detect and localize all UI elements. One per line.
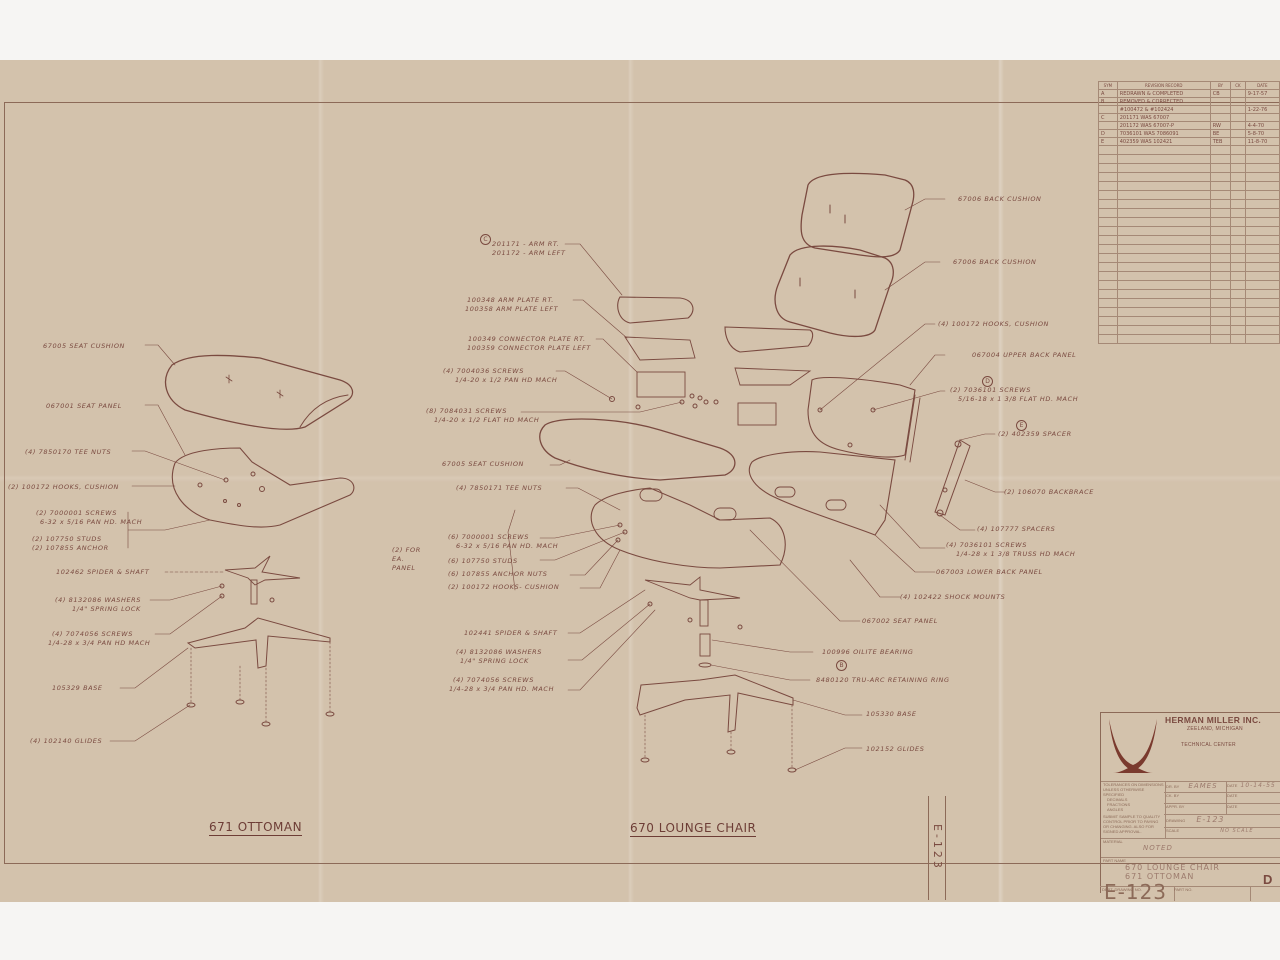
callout-shock-mounts: (4) 102422 SHOCK MOUNTS — [900, 593, 1005, 602]
checked-by-cell: CK. BY — [1164, 792, 1227, 803]
callout-ottoman-glides: (4) 102140 GLIDES — [30, 737, 102, 746]
callout-chair-tee-nuts: (4) 7850171 TEE NUTS — [456, 484, 542, 493]
rev-text: 7036101 WAS 7086091 — [1117, 130, 1210, 138]
rev-row: C201171 WAS 67007 — [1099, 114, 1280, 122]
rev-ck — [1231, 122, 1246, 130]
rev-date: 1-22-76 — [1245, 106, 1279, 114]
revision-table: SYM REVISION RECORD BY CK DATE AREDRAWN … — [1098, 81, 1280, 344]
callout-spacers: (4) 107777 SPACERS — [977, 525, 1055, 534]
drawn-by-value: EAMES — [1188, 782, 1217, 790]
submit-note: SUBMIT SAMPLE TO QUALITY CONTROL PRIOR T… — [1103, 814, 1165, 834]
rev-sym: E — [1099, 138, 1118, 146]
chair-view-title: 670 LOUNGE CHAIR — [630, 821, 756, 837]
department: TECHNICAL CENTER — [1181, 742, 1236, 748]
callout-ottoman-tee-nuts: (4) 7850170 TEE NUTS — [25, 448, 111, 457]
callout-ottoman-studs: (2) 107750 STUDS — [32, 535, 102, 544]
rev-date: 4-4-70 — [1245, 122, 1279, 130]
rev-row: AREDRAWN & COMPLETEDCB9-17-57 — [1099, 90, 1280, 98]
rev-sym — [1099, 122, 1118, 130]
drawing-cell: DRAWING E-123 — [1164, 814, 1280, 827]
rev-ck — [1231, 98, 1246, 106]
rev-by: BE — [1210, 130, 1230, 138]
rev-date — [1245, 98, 1279, 106]
callout-chair-studs: (6) 107750 STUDS — [448, 557, 518, 566]
sheet-size-letter: D — [1263, 872, 1272, 887]
rev-text: REMOVED & CORRECTED — [1117, 98, 1210, 106]
rev-sym: C — [1099, 114, 1118, 122]
rev-by: RW — [1210, 122, 1230, 130]
rev-header-sym: SYM — [1099, 82, 1118, 90]
callout-chair-screws-spec: 6-32 x 5/16 PAN HD. MACH — [456, 542, 558, 551]
callout-chair-washers-spec: 1/4" SPRING LOCK — [460, 657, 529, 666]
rev-by — [1210, 114, 1230, 122]
callout-back-hooks: (4) 100172 HOOKS, CUSHION — [938, 320, 1049, 329]
scale-label: SCALE — [1166, 828, 1179, 833]
drawn-by-label: DR. BY — [1166, 784, 1179, 789]
company-name: HERMAN MILLER INC. — [1165, 715, 1261, 725]
callout-back-screws: (2) 7036101 SCREWS — [950, 386, 1031, 395]
callout-chair-base-screws: (4) 7074056 SCREWS — [453, 676, 534, 685]
callout-back-cushion-lower: 67006 BACK CUSHION — [953, 258, 1037, 267]
date3-cell: DATE — [1225, 803, 1280, 814]
callout-ottoman-washers-spec: 1/4" SPRING LOCK — [72, 605, 141, 614]
callout-ottoman-base-screws: (4) 7074056 SCREWS — [52, 630, 133, 639]
callout-truss-screws: (4) 7036101 SCREWS — [946, 541, 1027, 550]
rev-ck — [1231, 130, 1246, 138]
callout-ottoman-screws: (2) 7000001 SCREWS — [36, 509, 117, 518]
rev-row: BREMOVED & CORRECTED — [1099, 98, 1280, 106]
material-value: NOTED — [1103, 844, 1280, 852]
callout-oilite-bearing: 100996 OILITE BEARING — [822, 648, 914, 657]
callout-truss-screws-spec: 1/4-28 x 1 3/8 TRUSS HD MACH — [956, 550, 1075, 559]
vertical-drawing-number: E-123 — [928, 796, 946, 900]
rev-row: #100472 & #1024241-22-76 — [1099, 106, 1280, 114]
callout-chair-spider-shaft: 102441 SPIDER & SHAFT — [464, 629, 557, 638]
date-value: 10-14-55 — [1241, 782, 1276, 789]
exploded-view-drawing — [0, 60, 1280, 902]
callout-ottoman-screws-spec: 6-32 x 5/16 PAN HD. MACH — [40, 518, 142, 527]
rev-date: 5-8-70 — [1245, 130, 1279, 138]
date2-cell: DATE — [1225, 792, 1280, 803]
rev-sym: A — [1099, 90, 1118, 98]
callout-arm-plate-rt: 100348 ARM PLATE RT. — [467, 296, 554, 305]
callout-flat-screws-spec: 1/4-20 x 1/2 FLAT HD MACH — [434, 416, 539, 425]
checked-by-label: CK. BY — [1166, 793, 1179, 798]
material-cell: MATERIAL NOTED — [1101, 838, 1280, 857]
part-name-line1: 670 LOUNGE CHAIR — [1103, 863, 1280, 872]
vertical-drawing-number-text: E-123 — [931, 824, 944, 871]
rev-ck — [1231, 106, 1246, 114]
callout-chair-anchor-nuts: (6) 107855 ANCHOR NUTS — [448, 570, 548, 579]
herman-miller-logo — [1105, 715, 1161, 777]
callout-arm-plate-left: 100358 ARM PLATE LEFT — [465, 305, 558, 314]
rev-date — [1245, 114, 1279, 122]
rev-text: 201172 WAS 67007-P — [1117, 122, 1210, 130]
callout-retaining-ring: 8480120 TRU-ARC RETAINING RING — [816, 676, 950, 685]
callout-chair-seat-panel: 067002 SEAT PANEL — [862, 617, 938, 626]
rev-ck — [1231, 114, 1246, 122]
callout-ottoman-base-screws-spec: 1/4-28 x 3/4 PAN HD MACH — [48, 639, 150, 648]
rev-by: CB — [1210, 90, 1230, 98]
part-no-label: PART NO. — [1174, 887, 1192, 892]
ottoman-view-title: 671 OTTOMAN — [209, 820, 302, 836]
rev-ck — [1231, 90, 1246, 98]
callout-spacer: (2) 402359 SPACER — [998, 430, 1072, 439]
approved-by-cell: APPR. BY — [1164, 803, 1227, 814]
rev-sym: D — [1099, 130, 1118, 138]
callout-ottoman-seat-panel: 067001 SEAT PANEL — [46, 402, 122, 411]
rev-header-record: REVISION RECORD — [1117, 82, 1210, 90]
rev-date: 9-17-57 — [1245, 90, 1279, 98]
scale-value: NO SCALE — [1220, 828, 1253, 834]
callout-backbrace: (2) 106070 BACKBRACE — [1004, 488, 1094, 497]
callout-connector-plate-rt: 100349 CONNECTOR PLATE RT. — [468, 335, 586, 344]
rev-ck — [1231, 138, 1246, 146]
date3-label: DATE — [1227, 804, 1237, 809]
callout-chair-base-screws-spec: 1/4-28 x 3/4 PAN HD. MACH — [449, 685, 554, 694]
callout-chair-glides: 102152 GLIDES — [866, 745, 925, 754]
callout-chair-seat-cushion: 67005 SEAT CUSHION — [442, 460, 524, 469]
rev-sym: B — [1099, 98, 1118, 106]
drawing-value: E-123 — [1196, 815, 1224, 824]
drawing-label: DRAWING — [1166, 818, 1185, 823]
rev-marker-c: C — [480, 234, 491, 245]
date-cell: DATE 10-14-55 — [1225, 781, 1280, 792]
angles-label: ANGLES — [1103, 807, 1165, 812]
callout-ottoman-seat-cushion: 67005 SEAT CUSHION — [43, 342, 125, 351]
rev-text: #100472 & #102424 — [1117, 106, 1210, 114]
callout-flat-screws: (8) 7084031 SCREWS — [426, 407, 507, 416]
callout-ottoman-anchor: (2) 107855 ANCHOR — [32, 544, 109, 553]
drawn-by-cell: DR. BY EAMES — [1164, 781, 1227, 792]
callout-ottoman-spider-shaft: 102462 SPIDER & SHAFT — [56, 568, 149, 577]
callout-upper-back-panel: 067004 UPPER BACK PANEL — [972, 351, 1076, 360]
rev-text: 402359 WAS 102421 — [1117, 138, 1210, 146]
rev-date: 11-8-70 — [1245, 138, 1279, 146]
callout-ottoman-base: 105329 BASE — [52, 684, 103, 693]
callout-connector-screws-spec: 1/4-20 x 1/2 PAN HD MACH — [455, 376, 557, 385]
date2-label: DATE — [1227, 793, 1237, 798]
callout-for-each-panel: (2) FOR EA. PANEL — [392, 546, 428, 573]
callout-back-screws-spec: 5/16-18 x 1 3/8 FLAT HD. MACH — [958, 395, 1078, 404]
callout-connector-plate-left: 100359 CONNECTOR PLATE LEFT — [467, 344, 591, 353]
title-block: HERMAN MILLER INC. ZEELAND, MICHIGAN TEC… — [1100, 712, 1280, 893]
rev-header-ck: CK — [1231, 82, 1246, 90]
tolerances-label: TOLERANCES ON DIMENSIONS UNLESS OTHERWIS… — [1103, 782, 1165, 797]
rev-sym — [1099, 106, 1118, 114]
rev-marker-b: B — [836, 660, 847, 671]
rev-row: E402359 WAS 102421TEB11-8-70 — [1099, 138, 1280, 146]
rev-row: D7036101 WAS 7086091BE5-8-70 — [1099, 130, 1280, 138]
callout-back-cushion-upper: 67006 BACK CUSHION — [958, 195, 1042, 204]
rev-header-date: DATE — [1245, 82, 1279, 90]
date-label: DATE — [1227, 783, 1237, 788]
callout-chair-washers: (4) 8132086 WASHERS — [456, 648, 542, 657]
callout-ottoman-hooks: (2) 100172 HOOKS, CUSHION — [8, 483, 119, 492]
rev-text: 201171 WAS 67007 — [1117, 114, 1210, 122]
rev-header-by: BY — [1210, 82, 1230, 90]
callout-connector-screws: (4) 7004036 SCREWS — [443, 367, 524, 376]
scale-cell: SCALE NO SCALE — [1164, 827, 1280, 838]
company-city: ZEELAND, MICHIGAN — [1187, 726, 1243, 732]
callout-chair-base: 105330 BASE — [866, 710, 917, 719]
callout-chair-screws: (6) 7000001 SCREWS — [448, 533, 529, 542]
ottoman-drawing — [110, 345, 354, 741]
drawing-number-large: E-123 — [1104, 880, 1167, 904]
blueprint-sheet: 67005 SEAT CUSHION 067001 SEAT PANEL (4)… — [0, 60, 1280, 902]
rev-by — [1210, 98, 1230, 106]
tolerances-cell: TOLERANCES ON DIMENSIONS UNLESS OTHERWIS… — [1101, 781, 1166, 838]
callout-ottoman-washers: (4) 8132086 WASHERS — [55, 596, 141, 605]
approved-by-label: APPR. BY — [1166, 804, 1184, 809]
rev-text: REDRAWN & COMPLETED — [1117, 90, 1210, 98]
callout-lower-back-panel: 067003 LOWER BACK PANEL — [936, 568, 1043, 577]
callout-arm-left: 201172 - ARM LEFT — [492, 249, 566, 258]
rev-by: TEB — [1210, 138, 1230, 146]
sheet-size-cell — [1250, 887, 1280, 901]
callout-arm-rt: 201171 - ARM RT. — [492, 240, 559, 249]
rev-by — [1210, 106, 1230, 114]
rev-row: 201172 WAS 67007-PRW4-4-70 — [1099, 122, 1280, 130]
callout-chair-hooks: (2) 100172 HOOKS- CUSHION — [448, 583, 559, 592]
